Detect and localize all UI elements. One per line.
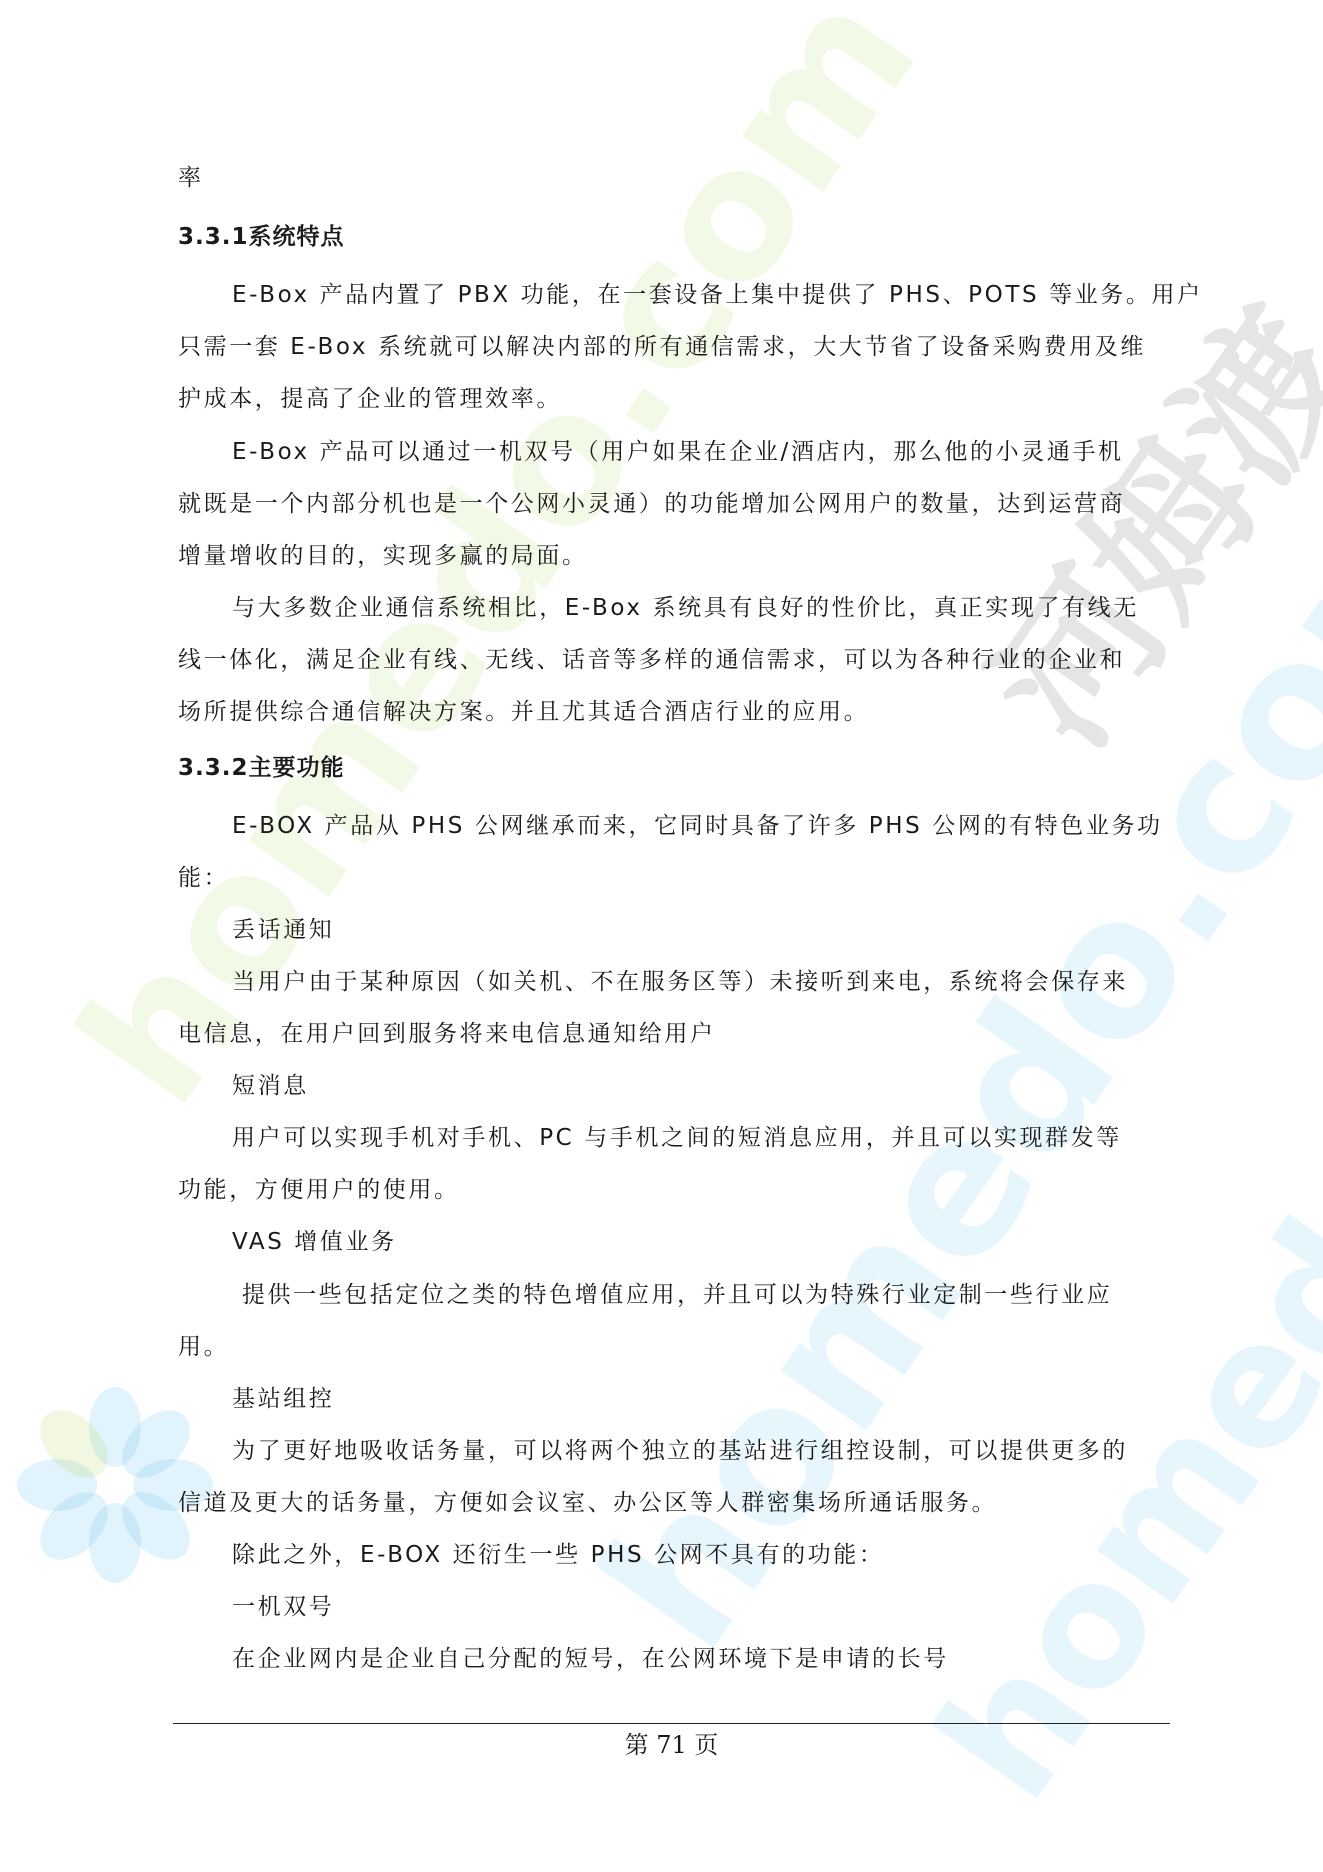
paragraph-line: 电信息，在用户回到服务将来电信息通知给用户: [178, 1019, 716, 1049]
paragraph-line: E-BOX 产品从 PHS 公网继承而来，它同时具备了许多 PHS 公网的有特色…: [232, 811, 1163, 841]
footer-divider: [173, 1723, 1170, 1724]
paragraph-line: E-Box 产品内置了 PBX 功能，在一套设备上集中提供了 PHS、POTS …: [232, 280, 1203, 310]
feature-title: 丢话通知: [232, 915, 334, 945]
paragraph-line: 用户可以实现手机对手机、PC 与手机之间的短消息应用，并且可以实现群发等: [232, 1123, 1122, 1153]
paragraph-line: 场所提供综合通信解决方案。并且尤其适合酒店行业的应用。: [178, 697, 869, 727]
paragraph-line: 当用户由于某种原因（如关机、不在服务区等）未接听到来电，系统将会保存来: [232, 967, 1128, 997]
paragraph-line: 就既是一个内部分机也是一个公网小灵通）的功能增加公网用户的数量，达到运营商: [178, 489, 1125, 519]
paragraph-line: 只需一套 E-Box 系统就可以解决内部的所有通信需求，大大节省了设备采购费用及…: [178, 332, 1146, 362]
paragraph-line: 为了更好地吸收话务量，可以将两个独立的基站进行组控设制，可以提供更多的: [232, 1436, 1128, 1466]
paragraph-line: 提供一些包括定位之类的特色增值应用，并且可以为特殊行业定制一些行业应: [232, 1280, 1112, 1310]
paragraph-line: 在企业网内是企业自己分配的短号，在公网环境下是申请的长号: [232, 1644, 949, 1674]
document-page: 率 3.3.1系统特点 E-Box 产品内置了 PBX 功能，在一套设备上集中提…: [0, 0, 1323, 1872]
paragraph-line: 线一体化，满足企业有线、无线、话音等多样的通信需求，可以为各种行业的企业和: [178, 645, 1125, 675]
feature-title: 短消息: [232, 1071, 309, 1101]
feature-title: 一机双号: [232, 1592, 334, 1622]
section-heading-3-3-1: 3.3.1系统特点: [178, 222, 345, 252]
feature-title: 基站组控: [232, 1384, 334, 1414]
paragraph-line: 功能，方便用户的使用。: [178, 1175, 460, 1205]
page-number: 第 71 页: [0, 1730, 1323, 1760]
paragraph-line: 用。: [178, 1332, 229, 1362]
feature-title: VAS 增值业务: [232, 1227, 397, 1257]
paragraph-line: E-Box 产品可以通过一机双号（用户如果在企业/酒店内，那么他的小灵通手机: [232, 437, 1124, 467]
paragraph-line: 增量增收的目的，实现多赢的局面。: [178, 541, 588, 571]
paragraph-line: 与大多数企业通信系统相比，E-Box 系统具有良好的性价比，真正实现了有线无: [232, 593, 1139, 623]
paragraph-line: 信道及更大的话务量，方便如会议室、办公区等人群密集场所通话服务。: [178, 1488, 997, 1518]
carryover-text: 率: [178, 163, 204, 193]
paragraph-line: 护成本，提高了企业的管理效率。: [178, 384, 562, 414]
paragraph-extra-intro: 除此之外，E-BOX 还衍生一些 PHS 公网不具有的功能：: [232, 1540, 884, 1570]
paragraph-line: 能：: [178, 863, 229, 893]
section-heading-3-3-2: 3.3.2主要功能: [178, 753, 345, 783]
